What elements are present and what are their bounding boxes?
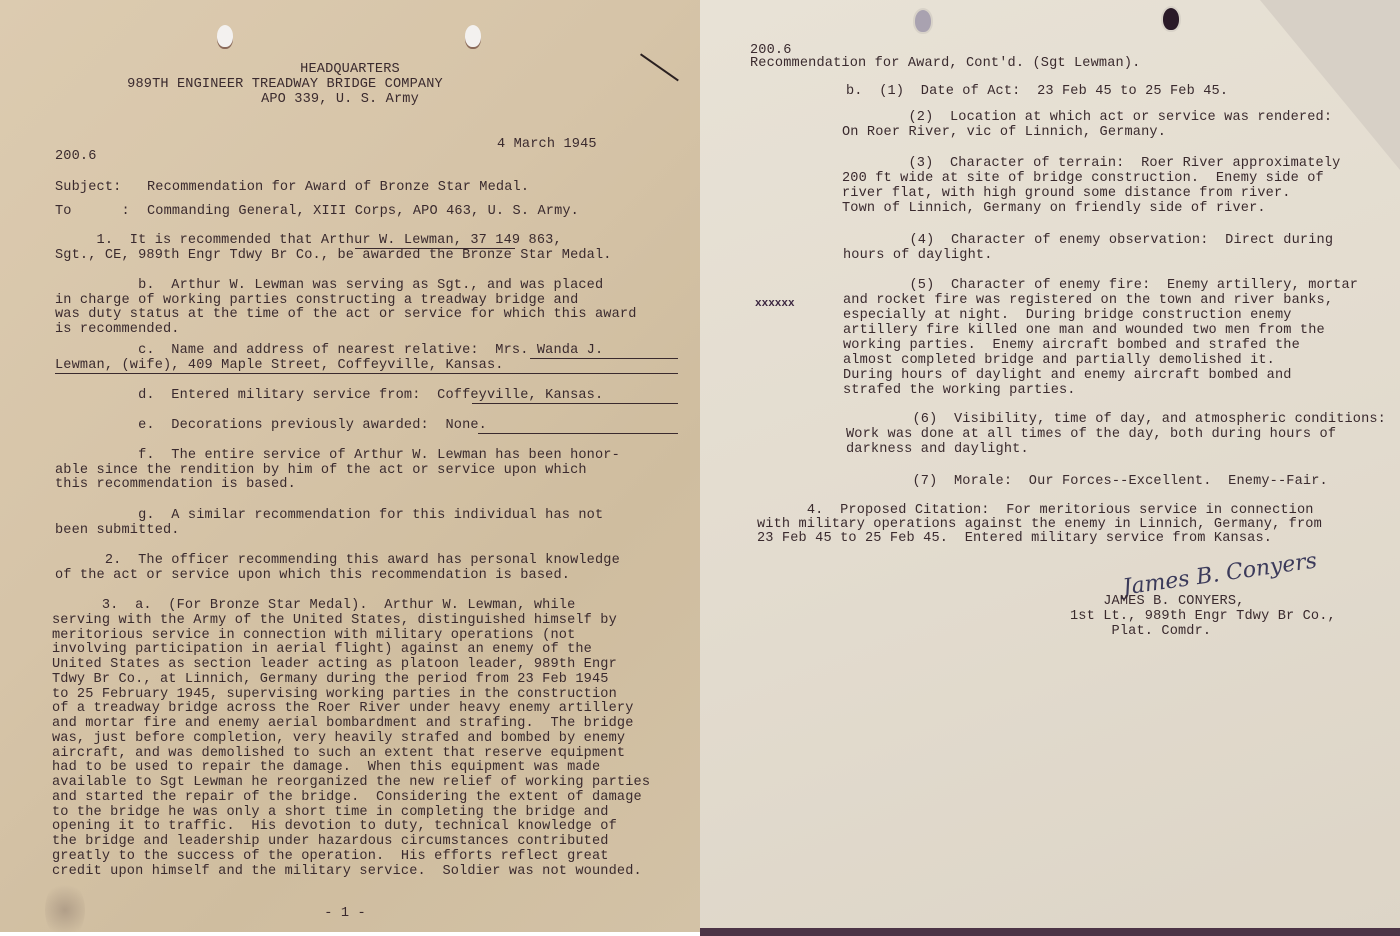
paragraph-3-line: available to Sgt Lewman he reorganized t… [52,775,650,790]
punch-hole [217,25,233,47]
item-6-visibility-line: Work was done at all times of the day, b… [846,427,1336,442]
item-4-observation-line: (4) Character of enemy observation: Dire… [843,233,1333,248]
paragraph-4-citation-line: 23 Feb 45 to 25 Feb 45. Entered military… [757,531,1272,546]
paragraph-3-line: and started the repair of the bridge. Co… [52,790,642,805]
punch-hole [915,10,931,32]
letterhead-line-1: HEADQUARTERS [0,62,700,77]
paragraph-3-line: meritorious service in connection with m… [52,628,575,643]
paragraph-3-line: to the bridge he was only a short time i… [52,805,609,820]
item-3-terrain-line: river flat, with high ground some distan… [842,186,1291,201]
paragraph-3-line: and mortar fire and enemy aerial bombard… [52,716,634,731]
paragraph-3-line: 3. a. (For Bronze Star Medal). Arthur W.… [52,598,575,613]
signature-block-line: JAMES B. CONYERS, [1070,594,1244,609]
underline-entered-service [472,403,678,404]
left-page-document: HEADQUARTERS 989TH ENGINEER TREADWAY BRI… [0,0,700,932]
paragraph-2-line: 2. The officer recommending this award h… [55,553,620,568]
item-5-enemy-fire-line: During hours of daylight and enemy aircr… [843,368,1292,383]
paragraph-1c-line: Lewman, (wife), 409 Maple Street, Coffey… [55,358,504,373]
underline-relative-2 [55,373,678,374]
item-5-enemy-fire-line: strafed the working parties. [843,383,1076,398]
paragraph-1c-line: c. Name and address of nearest relative:… [55,343,603,358]
signature-block-line: Plat. Comdr. [1070,624,1211,639]
paragraph-1b-line: b. Arthur W. Lewman was serving as Sgt.,… [55,278,603,293]
paragraph-3-line: the bridge and leadership under hazardou… [52,834,609,849]
paragraph-1b-line: is recommended. [55,322,180,337]
item-5-enemy-fire-line: (5) Character of enemy fire: Enemy artil… [843,278,1358,293]
underline-name [355,248,515,249]
paragraph-1b-line: was duty status at the time of the act o… [55,307,637,322]
paragraph-3-line: greatly to the success of the operation.… [52,849,609,864]
paragraph-4-citation-line: 4. Proposed Citation: For meritorious se… [757,503,1314,518]
paragraph-3-line: to 25 February 1945, supervising working… [52,687,617,702]
margin-typed-strikeout: xxxxxx [755,298,795,310]
subject-text: Recommendation for Award of Bronze Star … [147,180,529,195]
to-label: To : [55,204,130,219]
item-5-enemy-fire-line: almost completed bridge and partially de… [843,353,1275,368]
paragraph-1-line: 1. It is recommended that Arthur W. Lewm… [55,233,562,248]
paragraph-3-line: of a treadway bridge across the Roer Riv… [52,701,634,716]
paragraph-3-line: credit upon himself and the military ser… [52,864,642,879]
paragraph-1f-line: able since the rendition by him of the a… [55,463,587,478]
underline-relative [530,358,678,359]
continuation-header: Recommendation for Award, Cont'd. (Sgt L… [750,56,1140,71]
handwritten-signature: James B. Conyers [1121,548,1318,600]
punch-hole [1163,8,1179,30]
paragraph-3-line: United States as section leader acting a… [52,657,617,672]
letterhead-line-3: APO 339, U. S. Army [0,92,680,107]
file-number: 200.6 [55,149,97,164]
item-2-location-line: On Roer River, vic of Linnich, Germany. [842,125,1166,140]
paragraph-3-line: Tdwy Br Co., at Linnich, Germany during … [52,672,609,687]
paragraph-1b-line: in charge of working parties constructin… [55,293,578,308]
item-3-terrain-line: 200 ft wide at site of bridge constructi… [842,171,1324,186]
paragraph-1g-line: g. A similar recommendation for this ind… [55,508,603,523]
underline-decorations [478,433,678,434]
date-of-act: b. (1) Date of Act: 23 Feb 45 to 25 Feb … [846,84,1228,99]
page-number: - 1 - [0,906,690,921]
paragraph-3-line: was, just before completion, very heavil… [52,731,625,746]
item-3-terrain-line: (3) Character of terrain: Roer River app… [842,156,1340,171]
document-date: 4 March 1945 [497,137,597,152]
to-text: Commanding General, XIII Corps, APO 463,… [147,204,579,219]
punch-hole [465,25,481,47]
item-4-observation-line: hours of daylight. [843,248,993,263]
item-5-enemy-fire-line: especially at night. During bridge const… [843,308,1292,323]
paragraph-3-line: aircraft, and was demolished to such an … [52,746,625,761]
subject-label: Subject: [55,180,121,195]
letterhead-line-2: 989TH ENGINEER TREADWAY BRIDGE COMPANY [0,77,570,92]
item-6-visibility-line: darkness and daylight. [846,442,1029,457]
paragraph-1f-line: f. The entire service of Arthur W. Lewma… [55,448,620,463]
paragraph-1g-line: been submitted. [55,523,180,538]
item-3-terrain-line: Town of Linnich, Germany on friendly sid… [842,201,1266,216]
paragraph-4-citation-line: with military operations against the ene… [757,517,1322,532]
scan-edge-strip [700,928,1400,936]
right-page-document: 200.6 Recommendation for Award, Cont'd. … [700,0,1400,936]
paragraph-3-line: involving participation in aerial flight… [52,642,592,657]
signature-block-line: 1st Lt., 989th Engr Tdwy Br Co., [1070,609,1336,624]
paragraph-3-line: serving with the Army of the United Stat… [52,613,617,628]
item-5-enemy-fire-line: artillery fire killed one man and wounde… [843,323,1325,338]
paragraph-3-line: had to be used to repair the damage. Whe… [52,760,600,775]
paragraph-3-line: opening it to traffic. His devotion to d… [52,819,617,834]
item-2-location-line: (2) Location at which act or service was… [842,110,1332,125]
paragraph-2-line: of the act or service upon which this re… [55,568,570,583]
paragraph-1e-line: e. Decorations previously awarded: None. [55,418,487,433]
item-5-enemy-fire-line: working parties. Enemy aircraft bombed a… [843,338,1300,353]
folded-corner [1260,0,1400,170]
paragraph-1f-line: this recommendation is based. [55,477,296,492]
item-7-morale-line: (7) Morale: Our Forces--Excellent. Enemy… [846,474,1328,489]
item-6-visibility-line: (6) Visibility, time of day, and atmosph… [846,412,1386,427]
item-5-enemy-fire-line: and rocket fire was registered on the to… [843,293,1333,308]
paragraph-1d-line: d. Entered military service from: Coffey… [55,388,603,403]
paragraph-1-line: Sgt., CE, 989th Engr Tdwy Br Co., be awa… [55,248,612,263]
